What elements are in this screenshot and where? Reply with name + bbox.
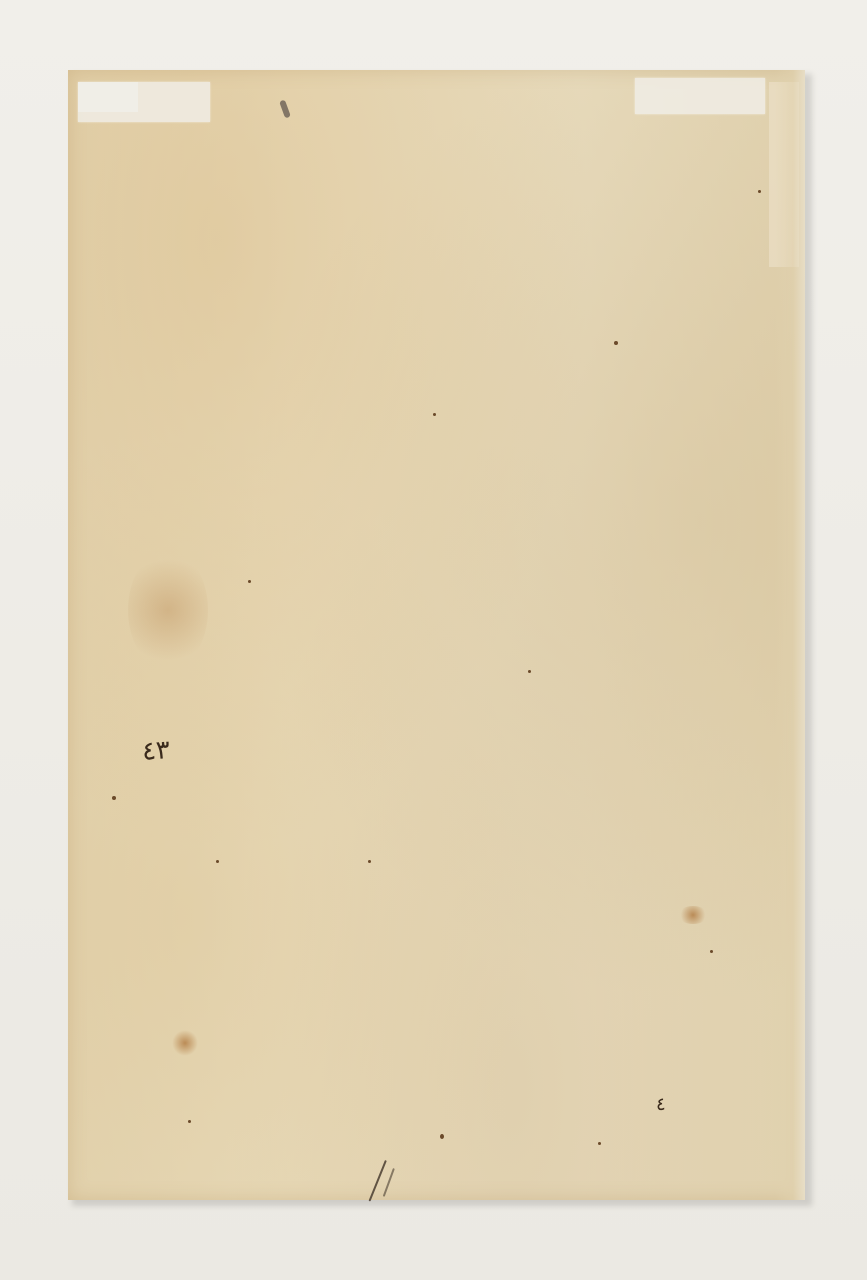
foxing-spot xyxy=(368,860,371,863)
edge-discoloration-right xyxy=(769,82,799,267)
foxing-stain xyxy=(128,550,208,670)
foxing-spot xyxy=(710,950,713,953)
foxing-spot xyxy=(248,580,251,583)
graphite-smudge xyxy=(279,100,291,119)
pencil-annotation-page-number: ٤ xyxy=(656,1096,666,1114)
foxing-spot xyxy=(598,1142,601,1145)
foxing-stain xyxy=(172,1030,198,1056)
hinge-tape-left xyxy=(78,82,210,122)
foxing-spot xyxy=(758,190,761,193)
foxing-stain xyxy=(678,906,708,924)
foxing-spot xyxy=(528,670,531,673)
foxing-spot xyxy=(216,860,219,863)
paper-sheet: ٤٣ ٤ xyxy=(68,70,805,1200)
foxing-spot xyxy=(614,341,618,345)
hinge-tape-right xyxy=(635,78,765,114)
pencil-annotation-number: ٤٣ xyxy=(141,737,171,765)
foxing-spot xyxy=(112,796,116,800)
foxing-spot xyxy=(188,1120,191,1123)
pencil-stroke xyxy=(383,1168,395,1197)
foxing-spot xyxy=(433,413,436,416)
foxing-spot xyxy=(440,1134,444,1139)
